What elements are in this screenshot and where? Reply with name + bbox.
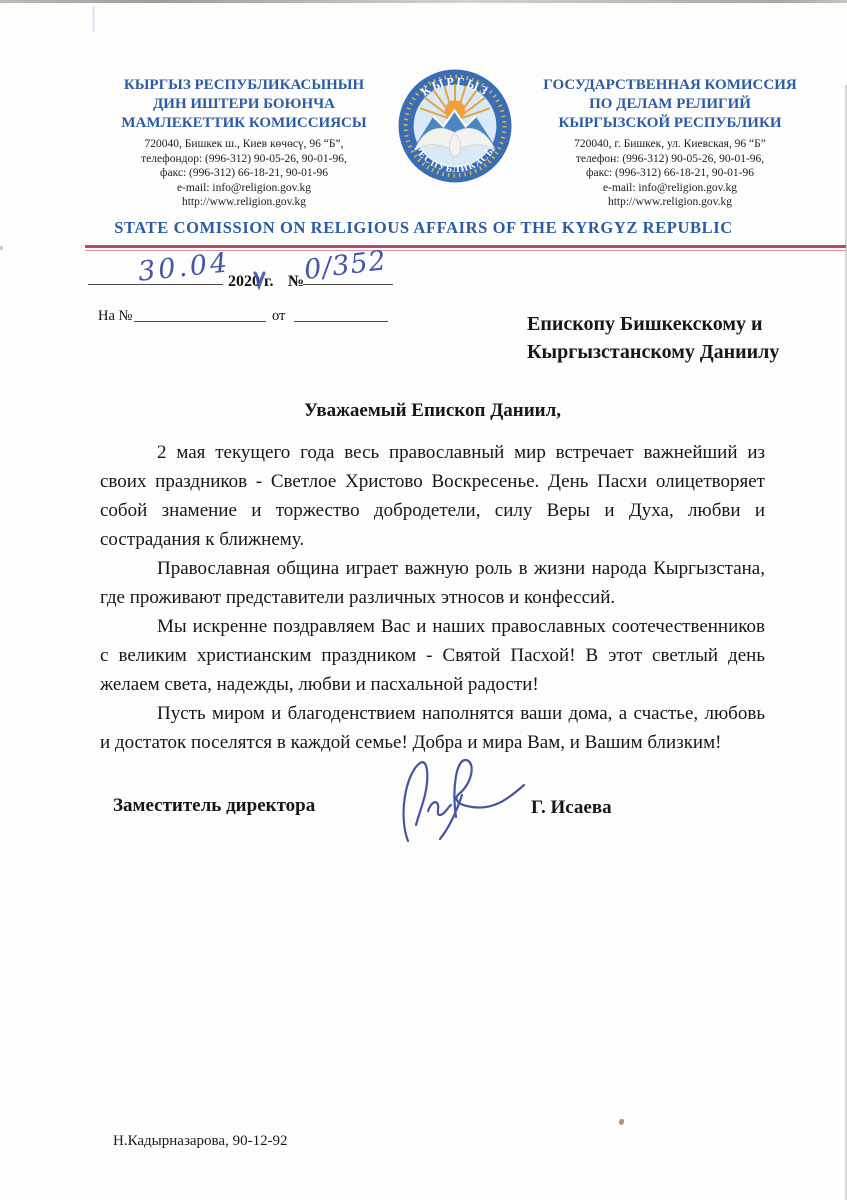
letterhead-kyrgyz-title: КЫРГЫЗ РЕСПУБЛИКАСЫНЫН ДИН ИШТЕРИ БОЮНЧА… — [93, 76, 395, 133]
recipient-line: Епископу Бишкекскому и — [527, 310, 827, 338]
paragraph: 2 мая текущего года весь православный ми… — [100, 438, 765, 554]
divider-thick-line — [85, 245, 846, 248]
address-line: e-mail: info@religion.gov.kg — [518, 181, 822, 196]
address-line: факс: (996-312) 66-18-21, 90-01-96 — [518, 166, 822, 181]
letterhead-russian-address: 720040, г. Бишкек, ул. Киевская, 96 “Б” … — [518, 137, 822, 210]
letterhead-kyrgyz: КЫРГЫЗ РЕСПУБЛИКАСЫНЫН ДИН ИШТЕРИ БОЮНЧА… — [93, 76, 395, 210]
scan-artifact-top-edge — [0, 0, 847, 3]
recipient-line: Кыргызстанскому Даниилу — [527, 338, 827, 366]
address-line: 720040, Бишкек ш., Киев көчөсү, 96 “Б”, — [93, 137, 395, 152]
address-line: e-mail: info@religion.gov.kg — [93, 181, 395, 196]
letter-body: 2 мая текущего года весь православный ми… — [100, 438, 765, 757]
address-line: http://www.religion.gov.kg — [93, 195, 395, 210]
salutation: Уважаемый Епископ Даниил, — [100, 400, 765, 422]
address-line: телефон: (996-312) 90-05-26, 90-01-96, — [518, 152, 822, 167]
ot-label: от — [272, 308, 285, 325]
executor-footer: Н.Кадырназарова, 90-12-92 — [113, 1133, 288, 1150]
kyrgyz-state-emblem-icon: КЫРГЫЗ РЕСПУБЛИКАСЫ — [397, 67, 513, 185]
title-line: КЫРГЫЗСКОЙ РЕСПУБЛИКИ — [518, 114, 822, 133]
title-line: ДИН ИШТЕРИ БОЮНЧА — [93, 95, 395, 114]
na-no-label: На № — [98, 308, 132, 325]
number-sign: № — [288, 273, 304, 291]
english-banner: STATE COMISSION ON RELIGIOUS AFFAIRS OF … — [0, 218, 847, 238]
letterhead-russian: ГОСУДАРСТВЕННАЯ КОМИССИЯ ПО ДЕЛАМ РЕЛИГИ… — [518, 76, 822, 210]
letterhead-russian-title: ГОСУДАРСТВЕННАЯ КОМИССИЯ ПО ДЕЛАМ РЕЛИГИ… — [518, 76, 822, 133]
paragraph: Мы искренне поздравляем Вас и наших прав… — [100, 612, 765, 699]
recipient-block: Епископу Бишкекскому и Кыргызстанскому Д… — [527, 310, 827, 366]
letterhead-kyrgyz-address: 720040, Бишкек ш., Киев көчөсү, 96 “Б”, … — [93, 137, 395, 210]
ink-blot-over-year — [253, 271, 266, 290]
handwritten-date: 30.04 — [137, 247, 232, 287]
signer-title: Заместитель директора — [113, 795, 315, 817]
address-line: телефондор: (996-312) 90-05-26, 90-01-96… — [93, 152, 395, 167]
address-line: http://www.religion.gov.kg — [518, 195, 822, 210]
scan-artifact-speck-left — [0, 246, 3, 250]
scan-artifact-smudge — [92, 6, 95, 32]
signer-name: Г. Исаева — [531, 797, 612, 819]
scan-artifact-speck — [619, 1119, 624, 1125]
title-line: МАМЛЕКЕТТИК КОМИССИЯСЫ — [93, 114, 395, 133]
paragraph: Пусть миром и благоденствием наполнятся … — [100, 699, 765, 757]
title-line: ПО ДЕЛАМ РЕЛИГИЙ — [518, 95, 822, 114]
handwritten-signature — [398, 755, 528, 845]
address-line: факс: (996-312) 66-18-21, 90-01-96 — [93, 166, 395, 181]
printed-year: 2020 г. — [228, 273, 273, 291]
handwritten-number: 0/352 — [302, 245, 388, 286]
ot-underline — [294, 321, 388, 322]
title-line: ГОСУДАРСТВЕННАЯ КОМИССИЯ — [518, 76, 822, 95]
address-line: 720040, г. Бишкек, ул. Киевская, 96 “Б” — [518, 137, 822, 152]
na-no-underline — [134, 321, 266, 322]
paragraph: Православная община играет важную роль в… — [100, 554, 765, 612]
scanned-letter-page: КЫРГЫЗ РЕСПУБЛИКАСЫНЫН ДИН ИШТЕРИ БОЮНЧА… — [0, 0, 847, 1200]
title-line: КЫРГЫЗ РЕСПУБЛИКАСЫНЫН — [93, 76, 395, 95]
